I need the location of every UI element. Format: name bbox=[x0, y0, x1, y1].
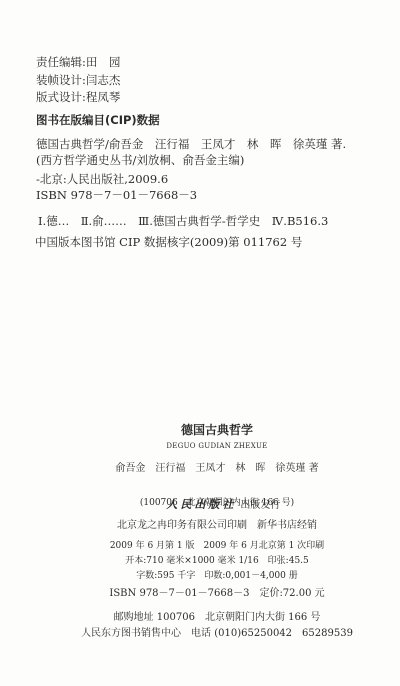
cip-heading: 图书在版编目(CIP)数据 bbox=[36, 112, 160, 128]
credit-layout-design: 版式设计:程凤琴 bbox=[36, 89, 120, 105]
book-title: 德国古典哲学 bbox=[0, 422, 400, 438]
mail-order-line: 邮购地址 100706 北京朝阳门内大街 166 号 bbox=[0, 610, 400, 626]
printer-line: 北京龙之冉印务有限公司印刷 新华书店经销 bbox=[0, 518, 400, 534]
credit-editor: 责任编辑:田 园 bbox=[36, 54, 120, 70]
sales-center-line: 人民东方图书销售中心 电话 (010)65250042 65289539 bbox=[0, 626, 400, 642]
cip-isbn: ISBN 978－7－01－7668－3 bbox=[36, 187, 197, 203]
cip-title-authors: 德国古典哲学/俞吾金 汪行福 王凤才 林 晖 徐英瑾 著. bbox=[36, 136, 346, 152]
cip-publisher: -北京:人民出版社,2009.6 bbox=[36, 171, 168, 187]
credit-cover-design: 装帧设计:闫志杰 bbox=[36, 72, 120, 88]
edition-line: 2009 年 6 月第 1 版 2009 年 6 月北京第 1 次印刷 bbox=[0, 538, 400, 554]
cip-series: (西方哲学通史丛书/刘放桐、俞吾金主编) bbox=[36, 152, 244, 168]
word-count-line: 字数:595 千字 印数:0,001－4,000 册 bbox=[0, 568, 400, 584]
book-authors: 俞吾金 汪行福 王凤才 林 晖 徐英瑾 著 bbox=[0, 461, 400, 477]
isbn-price-line: ISBN 978－7－01－7668－3 定价:72.00 元 bbox=[0, 586, 400, 602]
cip-record-number: 中国版本图书馆 CIP 数据核字(2009)第 011762 号 bbox=[35, 234, 302, 250]
book-title-pinyin: DEGUO GUDIAN ZHEXUE bbox=[0, 438, 400, 454]
format-line: 开本:710 毫米×1000 毫米 1/16 印张:45.5 bbox=[0, 553, 400, 569]
cip-classification: Ⅰ.德… Ⅱ.俞…… Ⅲ.德国古典哲学-哲学史 Ⅳ.B516.3 bbox=[38, 213, 328, 229]
publisher-address: (100706 北京朝阳门内大街 166 号) bbox=[0, 495, 400, 511]
